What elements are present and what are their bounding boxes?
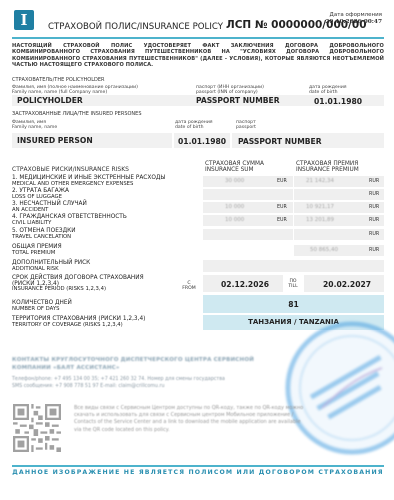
contacts-title: КОНТАКТЫ КРУГЛОСУТОЧНОГО ДИСПЕТЧЕРСКОГО … xyxy=(12,357,292,372)
additional-risk-cell xyxy=(203,260,384,272)
total-premium-label: ОБЩАЯ ПРЕМИЯTOTAL PREMIUM xyxy=(12,245,62,256)
territory-en: TERRITORY OF COVERAGE (RISKS 1,2,3,4) xyxy=(12,323,145,329)
total-premium-value: 50 865,40 xyxy=(310,247,338,253)
sms-email: SMS сообщения: +7 908 778 51 97 E-mail: … xyxy=(12,383,312,390)
premium-currency: RUR xyxy=(369,205,379,210)
risk-en: AN ACCIDENT xyxy=(12,208,87,214)
premium-value: 13 201,89 xyxy=(306,217,334,223)
total-premium-currency: RUR xyxy=(369,248,379,253)
issue-date-label: Дата оформления xyxy=(330,12,382,18)
header-en: INSURANCE PREMIUM xyxy=(296,168,359,174)
risk-label: 4. ГРАЖДАНСКАЯ ОТВЕТСТВЕННОСТЬCIVIL LIAB… xyxy=(12,215,127,226)
premium-currency: RUR xyxy=(369,232,379,237)
additional-risk-label: ДОПОЛНИТЕЛЬНЫЙ РИСКADDITIONAL RISK xyxy=(12,261,90,272)
insurance-premium-header: СТРАХОВАЯ ПРЕМИЯ INSURANCE PREMIUM xyxy=(296,162,359,174)
footer-divider xyxy=(12,465,384,467)
premium-value: 10 921,17 xyxy=(306,204,334,210)
footer-disclaimer: ДАННОЕ ИЗОБРАЖЕНИЕ НЕ ЯВЛЯЕТСЯ ПОЛИСОМ И… xyxy=(12,469,384,476)
sum-cell xyxy=(203,229,293,240)
policyholder-passport: PASSPORT NUMBER xyxy=(196,96,280,105)
sum-currency: EUR xyxy=(277,218,287,223)
till-date: 20.02.2027 xyxy=(323,280,371,289)
insured-name: INSURED PERSON xyxy=(17,136,93,145)
risk-en: CIVIL LIABILITY xyxy=(12,221,127,227)
label-en: date of birth xyxy=(175,125,213,130)
from-label: СFROM xyxy=(180,282,198,292)
sum-cell xyxy=(203,189,293,200)
policyholder-name-label: Фамилия, имя (полное наименование органи… xyxy=(12,85,138,95)
days-value: 81 xyxy=(203,300,384,309)
insured-name-label: Фамилия, имя Family name, name xyxy=(12,120,57,130)
sum-value: 30 000 xyxy=(225,178,244,184)
premium-currency: RUR xyxy=(369,218,379,223)
policyholder-dob-label: дата рождения date of birth xyxy=(309,85,347,95)
additional-en: ADDITIONAL RISK xyxy=(12,267,90,273)
period-en: INSURANCE PERIOD (RISKS 1,2,3,4) xyxy=(12,287,162,293)
header-en: INSURANCE SUM xyxy=(205,168,264,174)
risk-label: 1. МЕДИЦИНСКИЕ И ИНЫЕ ЭКСТРЕННЫЕ РАСХОДЫ… xyxy=(12,176,166,187)
till-label: ПОTILL xyxy=(284,280,302,290)
from-en: FROM xyxy=(180,287,198,292)
sum-currency: EUR xyxy=(277,179,287,184)
policyholder-name: POLICYHOLDER xyxy=(17,96,83,105)
policy-title: СТРАХОВОЙ ПОЛИС/INSURANCE POLICY xyxy=(48,22,223,32)
label-en: Family name, name xyxy=(12,125,57,130)
sum-value: 10 000 xyxy=(225,204,244,210)
header-divider xyxy=(12,37,384,39)
company-logo-icon: I xyxy=(14,10,34,30)
insurance-policy-document: I СТРАХОВОЙ ПОЛИС/INSURANCE POLICY ЛСП №… xyxy=(0,0,394,500)
from-date: 02.12.2026 xyxy=(221,280,269,289)
issue-date: 29.10.2026 00:47 xyxy=(325,19,382,25)
risk-label: 3. НЕСЧАСТНЫЙ СЛУЧАЙAN ACCIDENT xyxy=(12,202,87,213)
risk-en: LOSS OF LUGGAGE xyxy=(12,195,69,201)
premium-value: 21 142,34 xyxy=(306,178,334,184)
total-en: TOTAL PREMIUM xyxy=(12,251,62,257)
days-label: КОЛИЧЕСТВО ДНЕЙNUMBER OF DAYS xyxy=(12,301,72,312)
insurance-sum-header: СТРАХОВАЯ СУММА INSURANCE SUM xyxy=(205,162,264,174)
insured-dob-label: дата рождения date of birth xyxy=(175,120,213,130)
contacts-phones: Телефон/phone: +7 495 134 00 35; +7 421 … xyxy=(12,376,312,390)
policy-header: I СТРАХОВОЙ ПОЛИС/INSURANCE POLICY ЛСП №… xyxy=(12,8,382,36)
policyholder-passport-label: паспорт (ИНН организации) passport (INN … xyxy=(196,85,264,95)
risk-en: MEDICAL AND OTHER EMERGENCY EXPENSES xyxy=(12,182,166,188)
risk-en: TRAVEL CANCELATION xyxy=(12,235,76,241)
intro-paragraph: Настоящий страховой полис удостоверяет ф… xyxy=(12,43,384,68)
insured-passport-label: паспорт passport xyxy=(236,120,256,130)
sum-value: 10 000 xyxy=(225,217,244,223)
risks-section-title: СТРАХОВЫЕ РИСКИ/INSURANCE RISKS xyxy=(12,166,129,173)
policyholder-dob: 01.01.1980 xyxy=(314,97,362,106)
territory-label: ТЕРРИТОРИЯ СТРАХОВАНИЯ (РИСКИ 1,2,3,4)TE… xyxy=(12,317,145,328)
premium-currency: RUR xyxy=(369,179,379,184)
risk-label: 5. ОТМЕНА ПОЕЗДКИTRAVEL CANCELATION xyxy=(12,229,76,240)
insured-passport: PASSPORT NUMBER xyxy=(238,137,322,146)
insured-section-title: ЗАСТРАХОВАННЫЕ ЛИЦА/THE INSURED PERSONES xyxy=(12,111,142,117)
period-label: СРОК ДЕЙСТВИЯ ДОГОВОРА СТРАХОВАНИЯ (РИСК… xyxy=(12,276,162,293)
period-ru: СРОК ДЕЙСТВИЯ ДОГОВОРА СТРАХОВАНИЯ (РИСК… xyxy=(12,275,144,287)
qr-code-icon[interactable] xyxy=(13,404,61,452)
policyholder-section-title: СТРАХОВАТЕЛЬ/THE POLICYHOLDER xyxy=(12,77,104,83)
days-en: NUMBER OF DAYS xyxy=(12,307,72,313)
label-en: passport xyxy=(236,125,256,130)
phone-numbers: Телефон/phone: +7 495 134 00 35; +7 421 … xyxy=(12,376,312,383)
qr-description: Все виды связи с Сервисным Центром досту… xyxy=(74,405,304,434)
risk-label: 2. УТРАТА БАГАЖАLOSS OF LUGGAGE xyxy=(12,189,69,200)
sum-currency: EUR xyxy=(277,205,287,210)
till-en: TILL xyxy=(284,285,302,290)
insured-dob: 01.01.1980 xyxy=(178,137,226,146)
premium-currency: RUR xyxy=(369,192,379,197)
